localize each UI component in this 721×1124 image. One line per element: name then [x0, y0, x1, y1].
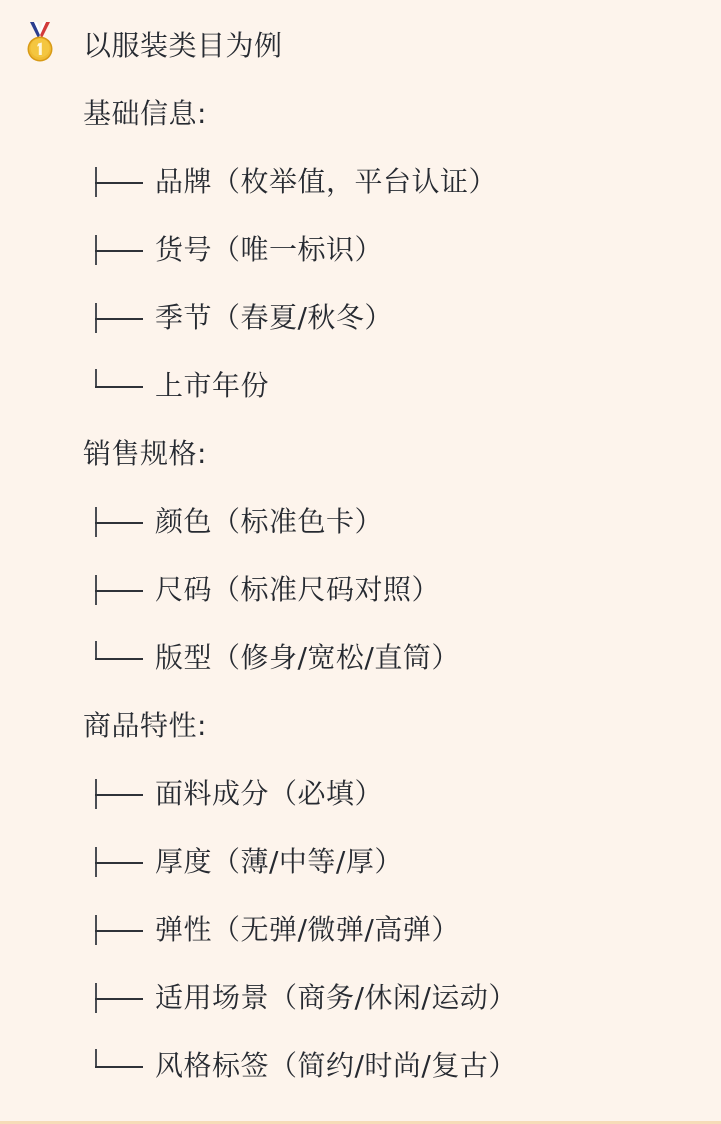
tree-item: 弹性（无弹/微弹/高弹） [83, 910, 517, 978]
content-card: 以服装类目为例 基础信息: 品牌（枚举值，平台认证） 货号（唯一标识） 季节（春… [0, 0, 721, 1124]
tree-branch-connector [93, 502, 155, 542]
tree-end-connector [93, 366, 155, 406]
tree-item-label: 上市年份 [155, 366, 269, 406]
tree-branch-connector [93, 162, 155, 202]
tree-item-label: 版型（修身/宽松/直筒） [155, 638, 460, 678]
section-heading-product-features: 商品特性: [83, 706, 517, 774]
section-heading-sales-specs: 销售规格: [83, 434, 517, 502]
tree-item-label: 尺码（标准尺码对照） [155, 570, 440, 610]
tree-item: 品牌（枚举值，平台认证） [83, 162, 517, 230]
tree-item: 货号（唯一标识） [83, 230, 517, 298]
tree-item-label: 弹性（无弹/微弹/高弹） [155, 910, 460, 950]
section-heading: 销售规格: [83, 434, 207, 474]
tree-item: 厚度（薄/中等/厚） [83, 842, 517, 910]
page-title: 以服装类目为例 [83, 26, 283, 66]
attribute-tree: 基础信息: 品牌（枚举值，平台认证） 货号（唯一标识） 季节（春夏/秋冬） 上市… [83, 94, 517, 1114]
tree-item-label: 季节（春夏/秋冬） [155, 298, 393, 338]
tree-item-label: 颜色（标准色卡） [155, 502, 383, 542]
tree-branch-connector [93, 910, 155, 950]
tree-item: 适用场景（商务/休闲/运动） [83, 978, 517, 1046]
tree-item-last: 上市年份 [83, 366, 517, 434]
section-heading: 商品特性: [83, 706, 207, 746]
tree-item: 颜色（标准色卡） [83, 502, 517, 570]
tree-branch-connector [93, 842, 155, 882]
tree-end-connector [93, 638, 155, 678]
tree-item-label: 风格标签（简约/时尚/复古） [155, 1046, 517, 1086]
tree-branch-connector [93, 978, 155, 1018]
tree-item-label: 货号（唯一标识） [155, 230, 383, 270]
tree-item: 尺码（标准尺码对照） [83, 570, 517, 638]
section-heading-basic-info: 基础信息: [83, 94, 517, 162]
tree-item-label: 厚度（薄/中等/厚） [155, 842, 403, 882]
tree-item-last: 版型（修身/宽松/直筒） [83, 638, 517, 706]
tree-item-label: 面料成分（必填） [155, 774, 383, 814]
first-place-medal-icon [25, 21, 55, 63]
tree-branch-connector [93, 298, 155, 338]
tree-branch-connector [93, 570, 155, 610]
tree-branch-connector [93, 230, 155, 270]
tree-item: 面料成分（必填） [83, 774, 517, 842]
tree-item-label: 品牌（枚举值，平台认证） [155, 162, 497, 202]
tree-item: 季节（春夏/秋冬） [83, 298, 517, 366]
tree-branch-connector [93, 774, 155, 814]
tree-end-connector [93, 1046, 155, 1086]
tree-item-label: 适用场景（商务/休闲/运动） [155, 978, 517, 1018]
section-heading: 基础信息: [83, 94, 207, 134]
tree-item-last: 风格标签（简约/时尚/复古） [83, 1046, 517, 1114]
